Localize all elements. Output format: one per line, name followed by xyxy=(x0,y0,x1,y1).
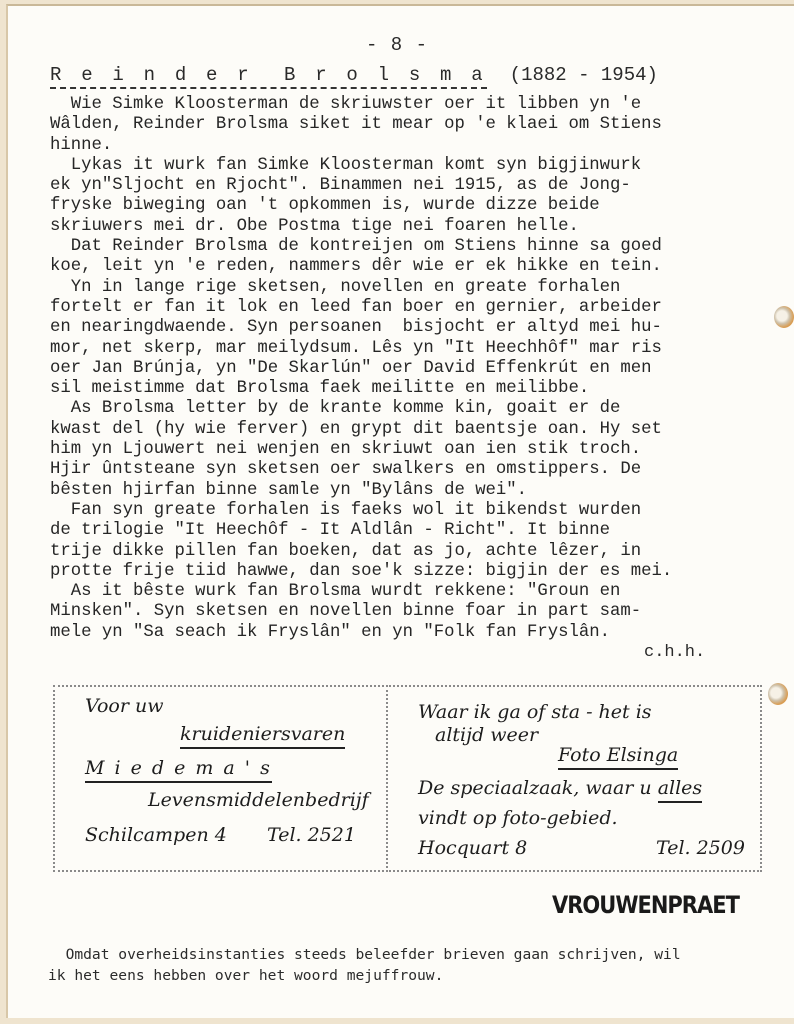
text-line: Yn in lange rige sketsen, novellen en gr… xyxy=(50,278,790,298)
text-line: Omdat overheidsinstanties steeds beleefd… xyxy=(48,944,788,965)
text-line: fortelt er fan it lok en leed fan boer e… xyxy=(50,298,790,318)
ad-address: Hocquart 8 xyxy=(418,837,527,859)
article-title-name: R e i n d e r B r o l s m a xyxy=(50,64,487,89)
text-line: en nearingdwaende. Syn persoanen bisjoch… xyxy=(50,318,790,338)
text-line: trije dikke pillen fan boeken, dat as jo… xyxy=(50,542,790,562)
article-body: Wie Simke Kloosterman de skriuwster oer … xyxy=(50,95,790,643)
section-heading: VROUWENPRAET xyxy=(552,891,739,919)
ad-slogan-cont: altijd weer xyxy=(435,724,538,746)
text-line: de trilogie "It Heechôf - It Aldlân - Ri… xyxy=(50,521,790,541)
text-line: him yn Ljouwert nei wenjen en skriuwt oa… xyxy=(50,440,790,460)
ad-phone: Tel. 2509 xyxy=(656,837,745,859)
ad-company-name: M i e d e m a ' s xyxy=(85,757,272,783)
page-number: - 8 - xyxy=(0,34,794,56)
ad-tagline-emphasis: alles xyxy=(658,777,702,803)
punch-hole-mark xyxy=(768,683,788,705)
text-line: kwast del (hy wie ferver) en grypt dit b… xyxy=(50,420,790,440)
text-line: Fan syn greate forhalen is faeks wol it … xyxy=(50,501,790,521)
ad-product: kruideniersvaren xyxy=(180,723,345,749)
text-line: ik het eens hebben over het woord mejuff… xyxy=(48,965,788,986)
article-title-years: (1882 - 1954) xyxy=(510,64,658,86)
text-line: Lykas it wurk fan Simke Kloosterman komt… xyxy=(50,156,790,176)
text-line: koe, leit yn 'e reden, nammers dêr wie e… xyxy=(50,257,790,277)
ad-company-type: Levensmiddelenbedrijf xyxy=(148,789,369,811)
ad-tagline: De speciaalzaak, waar u alles xyxy=(418,777,702,799)
text-line: As Brolsma letter by de krante komme kin… xyxy=(50,399,790,419)
section-body: Omdat overheidsinstanties steeds beleefd… xyxy=(48,944,788,986)
text-line: Hjir ûntsteane syn sketsen oer swalkers … xyxy=(50,460,790,480)
text-line: skriuwers mei dr. Obe Postma tige nei fo… xyxy=(50,217,790,237)
advertisement-foto-elsinga: Waar ik ga of sta - het is altijd weer F… xyxy=(386,685,762,872)
ad-phone: Tel. 2521 xyxy=(267,824,356,846)
text-line: oer Jan Brúnja, yn "De Skarlún" oer Davi… xyxy=(50,359,790,379)
ad-tagline-text: De speciaalzaak, waar u xyxy=(418,777,658,799)
advertisement-miedema: Voor uw kruideniersvaren M i e d e m a '… xyxy=(53,685,388,872)
ad-intro: Voor uw xyxy=(85,695,163,717)
ad-tagline-cont: vindt op foto-gebied. xyxy=(418,807,618,829)
ad-slogan: Waar ik ga of sta - het is xyxy=(418,701,652,723)
article-title: R e i n d e r B r o l s m a (1882 - 1954… xyxy=(50,64,658,86)
text-line: mor, net skerp, mar meilydsum. Lês yn "I… xyxy=(50,339,790,359)
text-line: fryske biweging oan 't opkommen is, wurd… xyxy=(50,196,790,216)
text-line: Wie Simke Kloosterman de skriuwster oer … xyxy=(50,95,790,115)
text-line: Wâlden, Reinder Brolsma siket it mear op… xyxy=(50,115,790,135)
text-line: bêsten hjirfan binne samle yn "Bylâns de… xyxy=(50,481,790,501)
text-line: As it bêste wurk fan Brolsma wurdt rekke… xyxy=(50,582,790,602)
text-line: protte frije tiid hawwe, dan soe'k sizze… xyxy=(50,562,790,582)
text-line: mele yn "Sa seach ik Fryslân" en yn "Fol… xyxy=(50,623,790,643)
ad-address: Schilcampen 4 xyxy=(85,824,227,846)
article-signature: c.h.h. xyxy=(644,643,705,662)
text-line: hinne. xyxy=(50,136,790,156)
text-line: sil meistimme dat Brolsma faek meilitte … xyxy=(50,379,790,399)
ad-company-name: Foto Elsinga xyxy=(558,744,678,770)
text-line: Dat Reinder Brolsma de kontreijen om Sti… xyxy=(50,237,790,257)
text-line: ek yn"Sljocht en Rjocht". Binammen nei 1… xyxy=(50,176,790,196)
text-line: Minsken". Syn sketsen en novellen binne … xyxy=(50,602,790,622)
